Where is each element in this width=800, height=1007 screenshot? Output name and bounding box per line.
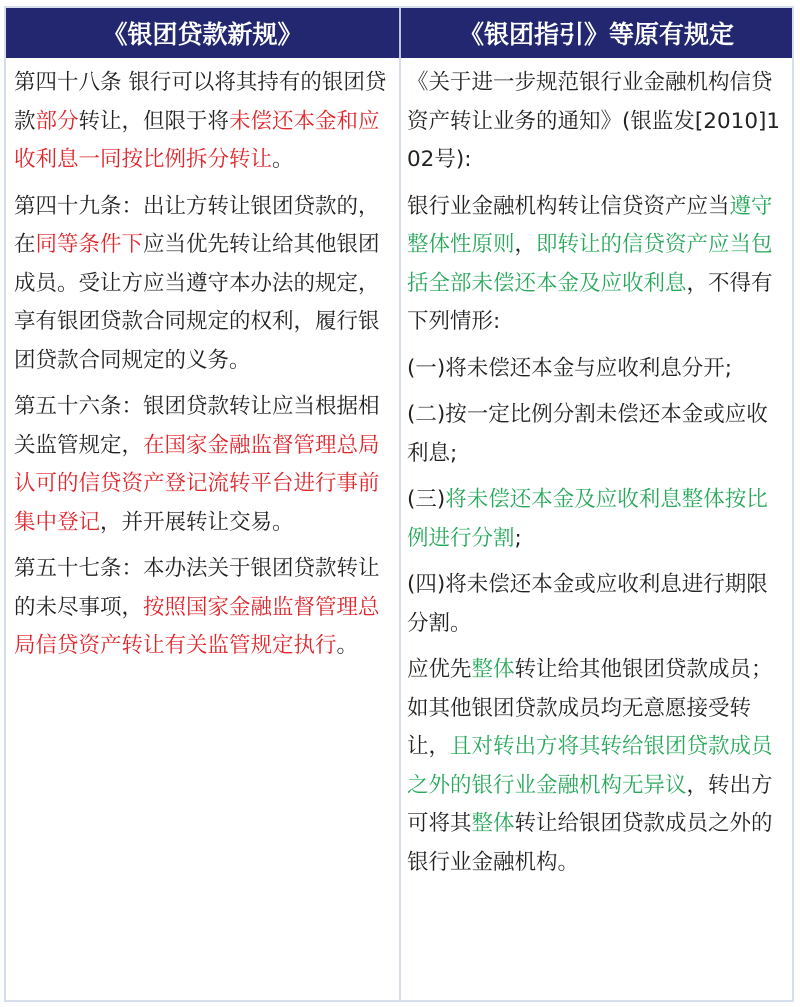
item-4: (四)将未偿还本金或应收利息进行期限分割。 bbox=[407, 566, 786, 643]
header-new-rules: 《银团贷款新规》 bbox=[6, 8, 401, 58]
text-segment: (三) bbox=[407, 487, 445, 512]
text-segment: (二)按一定比例分割未偿还本金或应收利息; bbox=[407, 402, 768, 466]
highlight-red: 部分 bbox=[36, 109, 79, 134]
header-old-rules: 《银团指引》等原有规定 bbox=[401, 8, 792, 58]
text-segment: 应优先 bbox=[407, 657, 472, 682]
highlight-red: 同等条件下 bbox=[36, 232, 144, 257]
text-segment: ，并开展转让交易。 bbox=[100, 510, 294, 535]
column-old-rules: 《关于进一步规范银行业金融机构信贷资产转让业务的通知》(银监发[2010]102… bbox=[401, 58, 792, 1000]
item-1: (一)将未偿还本金与应收利息分开; bbox=[407, 350, 786, 389]
text-segment: 银行业金融机构转让信贷资产应当 bbox=[407, 194, 730, 219]
notice-title: 《关于进一步规范银行业金融机构信贷资产转让业务的通知》(银监发[2010]102… bbox=[407, 64, 786, 180]
text-segment: ; bbox=[515, 526, 522, 551]
text-segment: (一)将未偿还本金与应收利息分开; bbox=[407, 356, 732, 381]
text-segment: 。 bbox=[272, 147, 294, 172]
article-49: 第四十九条：出让方转让银团贷款的，在同等条件下应当优先转让给其他银团成员。受让方… bbox=[14, 188, 393, 381]
article-57: 第五十七条：本办法关于银团贷款转让的未尽事项，按照国家金融监督管理总局信贷资产转… bbox=[14, 550, 393, 666]
text-segment: ， bbox=[515, 232, 537, 257]
text-segment: 。 bbox=[337, 633, 359, 658]
text-segment: 《关于进一步规范银行业金融机构信贷资产转让业务的通知》(银监发[2010]102… bbox=[407, 70, 780, 172]
article-56: 第五十六条：银团贷款转让应当根据相关监管规定，在国家金融监督管理总局认可的信贷资… bbox=[14, 388, 393, 542]
item-2: (二)按一定比例分割未偿还本金或应收利息; bbox=[407, 396, 786, 473]
highlight-green: 整体 bbox=[472, 811, 515, 836]
text-segment: (四)将未偿还本金或应收利息进行期限分割。 bbox=[407, 572, 768, 636]
integrity-principle: 银行业金融机构转让信贷资产应当遵守整体性原则，即转让的信贷资产应当包括全部未偿还… bbox=[407, 188, 786, 342]
highlight-green: 将未偿还本金及应收利息整体按比例进行分割 bbox=[407, 487, 768, 551]
comparison-table: 《银团贷款新规》 《银团指引》等原有规定 第四十八条 银行可以将其持有的银团贷款… bbox=[4, 6, 794, 1002]
text-segment: 转让，但限于将 bbox=[79, 109, 230, 134]
item-3: (三)将未偿还本金及应收利息整体按比例进行分割; bbox=[407, 481, 786, 558]
column-new-rules: 第四十八条 银行可以将其持有的银团贷款部分转让，但限于将未偿还本金和应收利息一同… bbox=[6, 58, 401, 1000]
article-48: 第四十八条 银行可以将其持有的银团贷款部分转让，但限于将未偿还本金和应收利息一同… bbox=[14, 64, 393, 180]
highlight-green: 整体 bbox=[472, 657, 515, 682]
priority-transfer: 应优先整体转让给其他银团贷款成员；如其他银团贷款成员均无意愿接受转让，且对转出方… bbox=[407, 651, 786, 882]
